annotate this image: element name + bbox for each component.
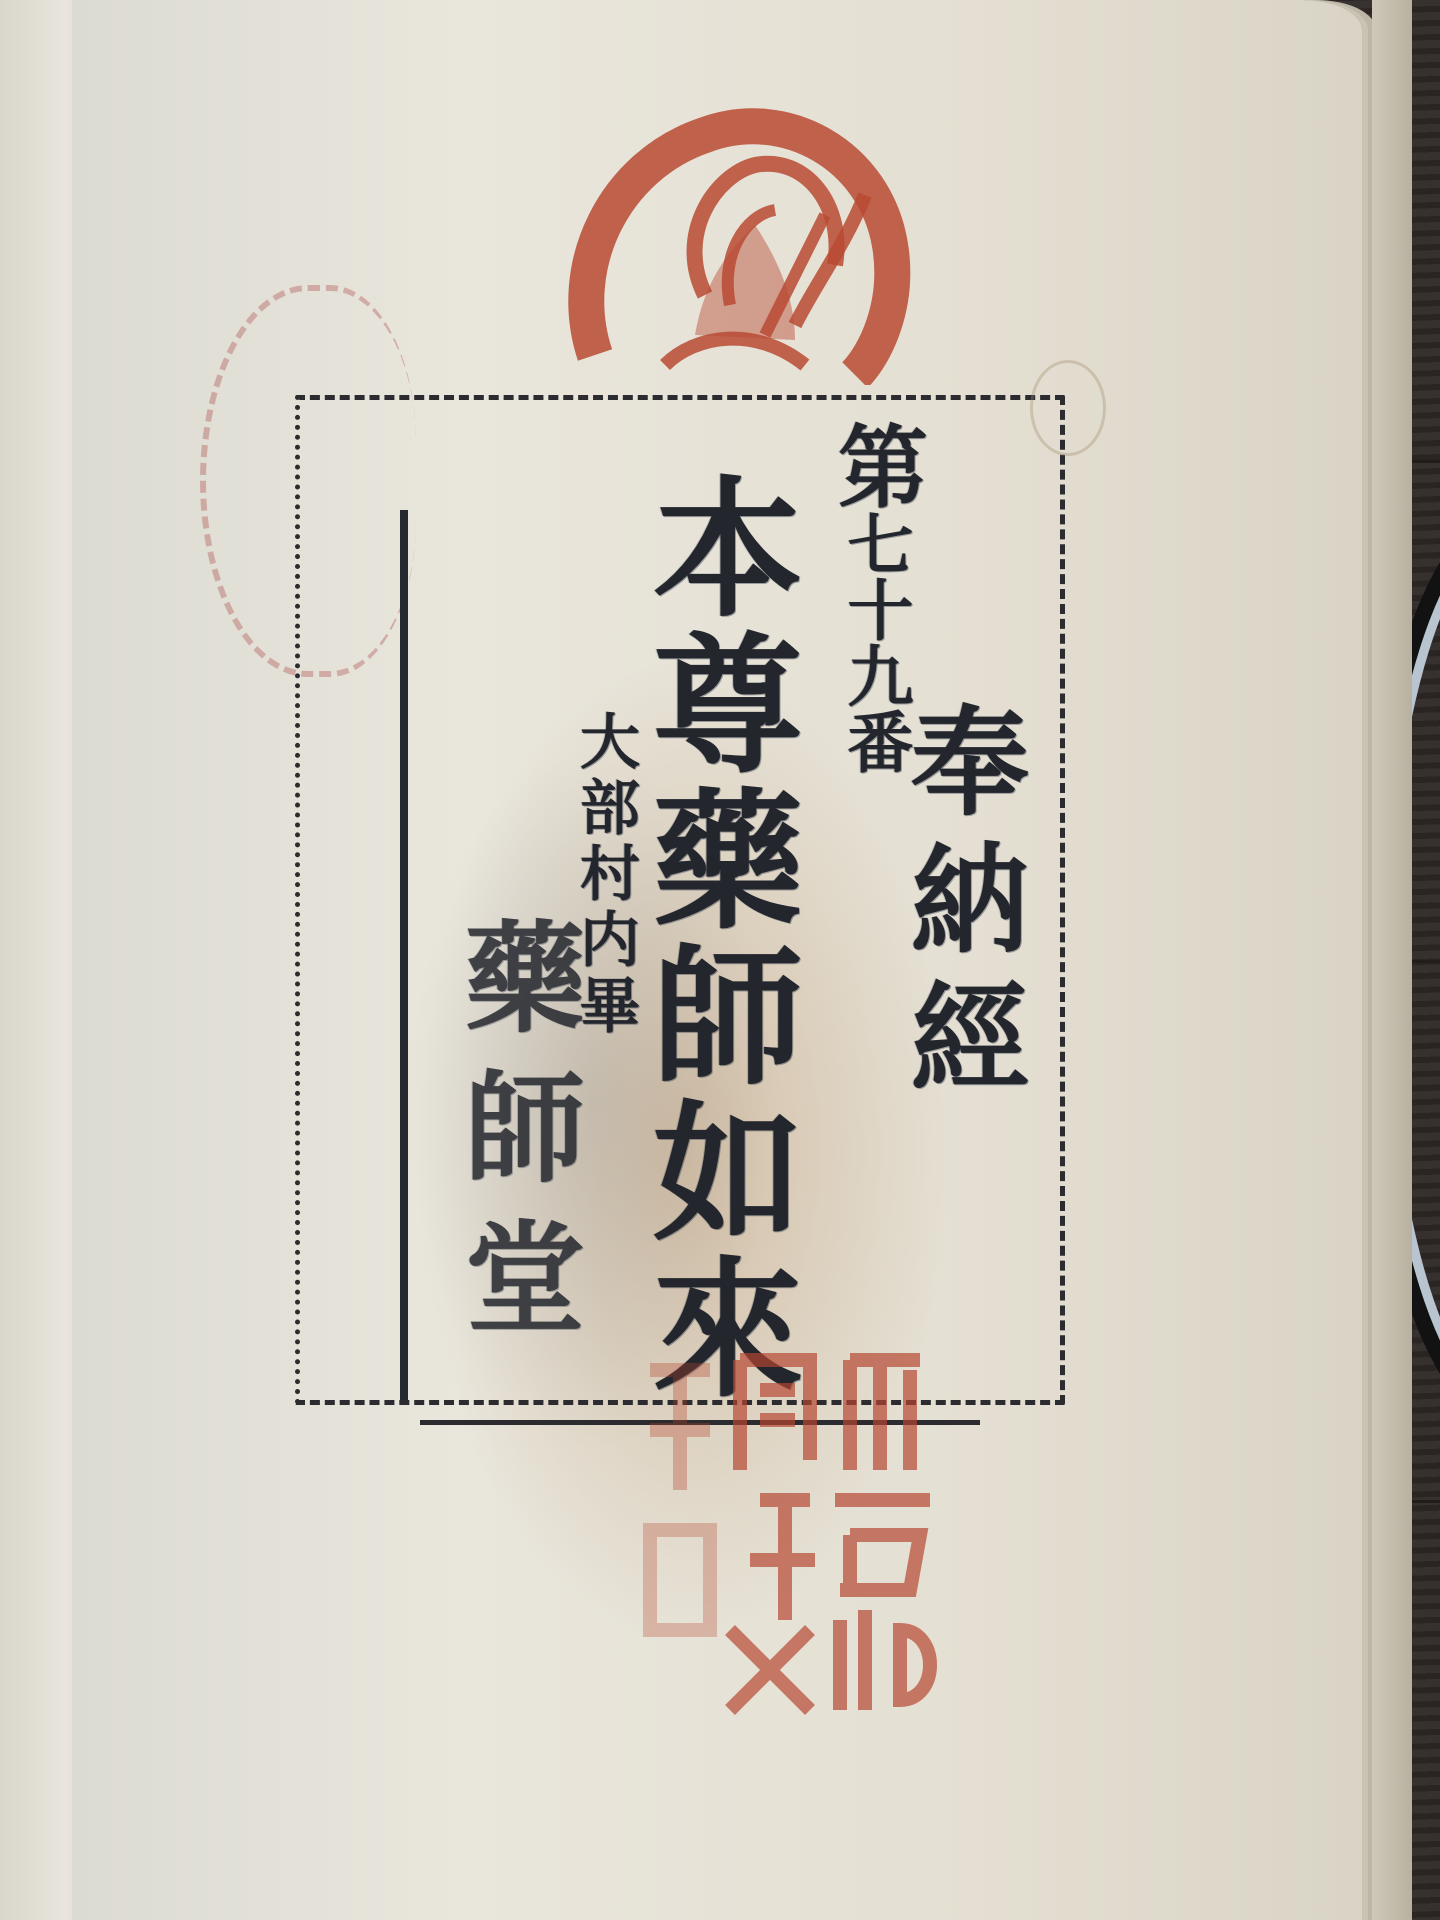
seal-script-icon — [610, 1330, 970, 1730]
principal-deity: 本尊藥師如來 — [640, 470, 790, 1406]
temple-number: 第七十九番 — [830, 420, 920, 774]
stamp-frame-rule — [400, 510, 408, 1400]
temple-number-prefix: 第 — [822, 420, 928, 510]
temple-number-value: 七十九番 — [836, 510, 914, 774]
temple-red-seal — [610, 1330, 970, 1730]
flaming-jewel-seal-icon — [555, 95, 915, 385]
hall-name: 藥師堂 — [455, 915, 575, 1365]
page-curl-edge — [1372, 0, 1412, 1920]
